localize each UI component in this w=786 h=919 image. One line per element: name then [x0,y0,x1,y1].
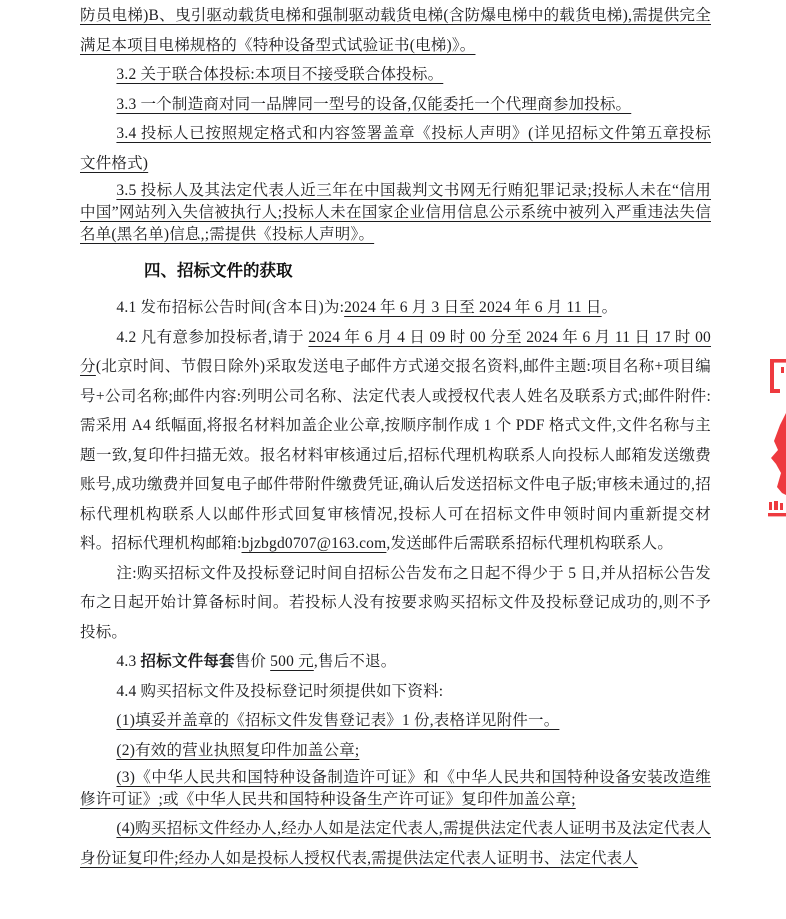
text-run: 注:购买招标文件及投标登记时间自招标公告发布之日起不得少于 5 日,并从招标公告… [80,565,711,641]
text-run: 售价 [235,653,270,670]
document-page: 防员电梯)B、曳引驱动载货电梯和强制驱动载货电梯(含防爆电梯中的载货电梯),需提… [0,0,786,919]
underlined-text-run: (2)有效的营业执照复印件加盖公章; [116,742,359,759]
text-run: 。 [602,299,618,316]
text-run: (北京时间、节假日除外)采取发送电子邮件方式递交报名资料,邮件主题:项目名称+项… [80,358,711,552]
clause-4-1: 4.1 发布招标公告时间(含本日)为:2024 年 6 月 3 日至 2024 … [80,293,711,323]
item-1: (1)填妥并盖章的《招标文件发售登记表》1 份,表格详见附件一。 [80,706,711,736]
item-3: (3)《中华人民共和国特种设备制造许可证》和《中华人民共和国特种设备安装改造维修… [80,767,711,811]
document-price: 500 元 [270,653,314,670]
clause-3-4: 3.4 投标人已按照规定格式和内容签署盖章《投标人声明》(详见招标文件第五章投标… [80,119,711,178]
underlined-text-run: 3.4 投标人已按照规定格式和内容签署盖章《投标人声明》(详见招标文件第五章投标… [80,125,711,172]
text-run: 四、招标文件的获取 [144,262,293,280]
clause-3-2: 3.2 关于联合体投标:本项目不接受联合体投标。 [80,60,711,90]
text-run: ,售后不退。 [314,653,397,670]
section-4-heading: 四、招标文件的获取 [80,257,711,286]
clause-4-4: 4.4 购买招标文件及投标登记时须提供如下资料: [80,677,711,707]
document-body: 防员电梯)B、曳引驱动载货电梯和强制驱动载货电梯(含防爆电梯中的载货电梯),需提… [80,1,711,873]
underlined-text-run: 防员电梯)B、曳引驱动载货电梯和强制驱动载货电梯(含防爆电梯中的载货电梯),需提… [80,7,711,54]
partial-red-seal-icon [766,351,786,521]
item-4: (4)购买招标文件经办人,经办人如是法定代表人,需提供法定代表人证明书及法定代表… [80,814,711,873]
underlined-text-run: 3.3 一个制造商对同一品牌同一型号的设备,仅能委托一个代理商参加投标。 [116,96,631,113]
underlined-text-run: (3)《中华人民共和国特种设备制造许可证》和《中华人民共和国特种设备安装改造维修… [80,769,711,808]
underlined-text-run: (4)购买招标文件经办人,经办人如是法定代表人,需提供法定代表人证明书及法定代表… [80,820,711,867]
item-2: (2)有效的营业执照复印件加盖公章; [80,736,711,766]
text-run: 4.4 购买招标文件及投标登记时须提供如下资料: [116,683,443,700]
text-run: ,发送邮件后需联系招标代理机构联系人。 [386,535,673,552]
clause-3-3: 3.3 一个制造商对同一品牌同一型号的设备,仅能委托一个代理商参加投标。 [80,90,711,120]
clause-4-3: 4.3 招标文件每套售价 500 元,售后不退。 [80,647,711,677]
note-paragraph: 注:购买招标文件及投标登记时间自招标公告发布之日起不得少于 5 日,并从招标公告… [80,559,711,648]
clause-3-1-continuation: 防员电梯)B、曳引驱动载货电梯和强制驱动载货电梯(含防爆电梯中的载货电梯),需提… [80,1,711,60]
announcement-date-range: 2024 年 6 月 3 日至 2024 年 6 月 11 日 [344,299,602,316]
clause-4-2: 4.2 凡有意参加投标者,请于 2024 年 6 月 4 日 09 时 00 分… [80,323,711,559]
underlined-text-run: (1)填妥并盖章的《招标文件发售登记表》1 份,表格详见附件一。 [116,712,559,729]
underlined-text-run: 3.5 投标人及其法定代表人近三年在中国裁判文书网无行贿犯罪记录;投标人未在“信… [80,182,711,243]
text-run: 4.3 [116,653,140,670]
text-run: 4.1 发布招标公告时间(含本日)为: [116,299,344,316]
text-run: 4.2 凡有意参加投标者,请于 [116,329,308,346]
clause-3-5: 3.5 投标人及其法定代表人近三年在中国裁判文书网无行贿犯罪记录;投标人未在“信… [80,180,711,246]
bold-text-run: 招标文件每套 [140,653,234,670]
underlined-text-run: 3.2 关于联合体投标:本项目不接受联合体投标。 [116,66,443,83]
agency-email: bjzbgd0707@163.com [242,535,387,552]
